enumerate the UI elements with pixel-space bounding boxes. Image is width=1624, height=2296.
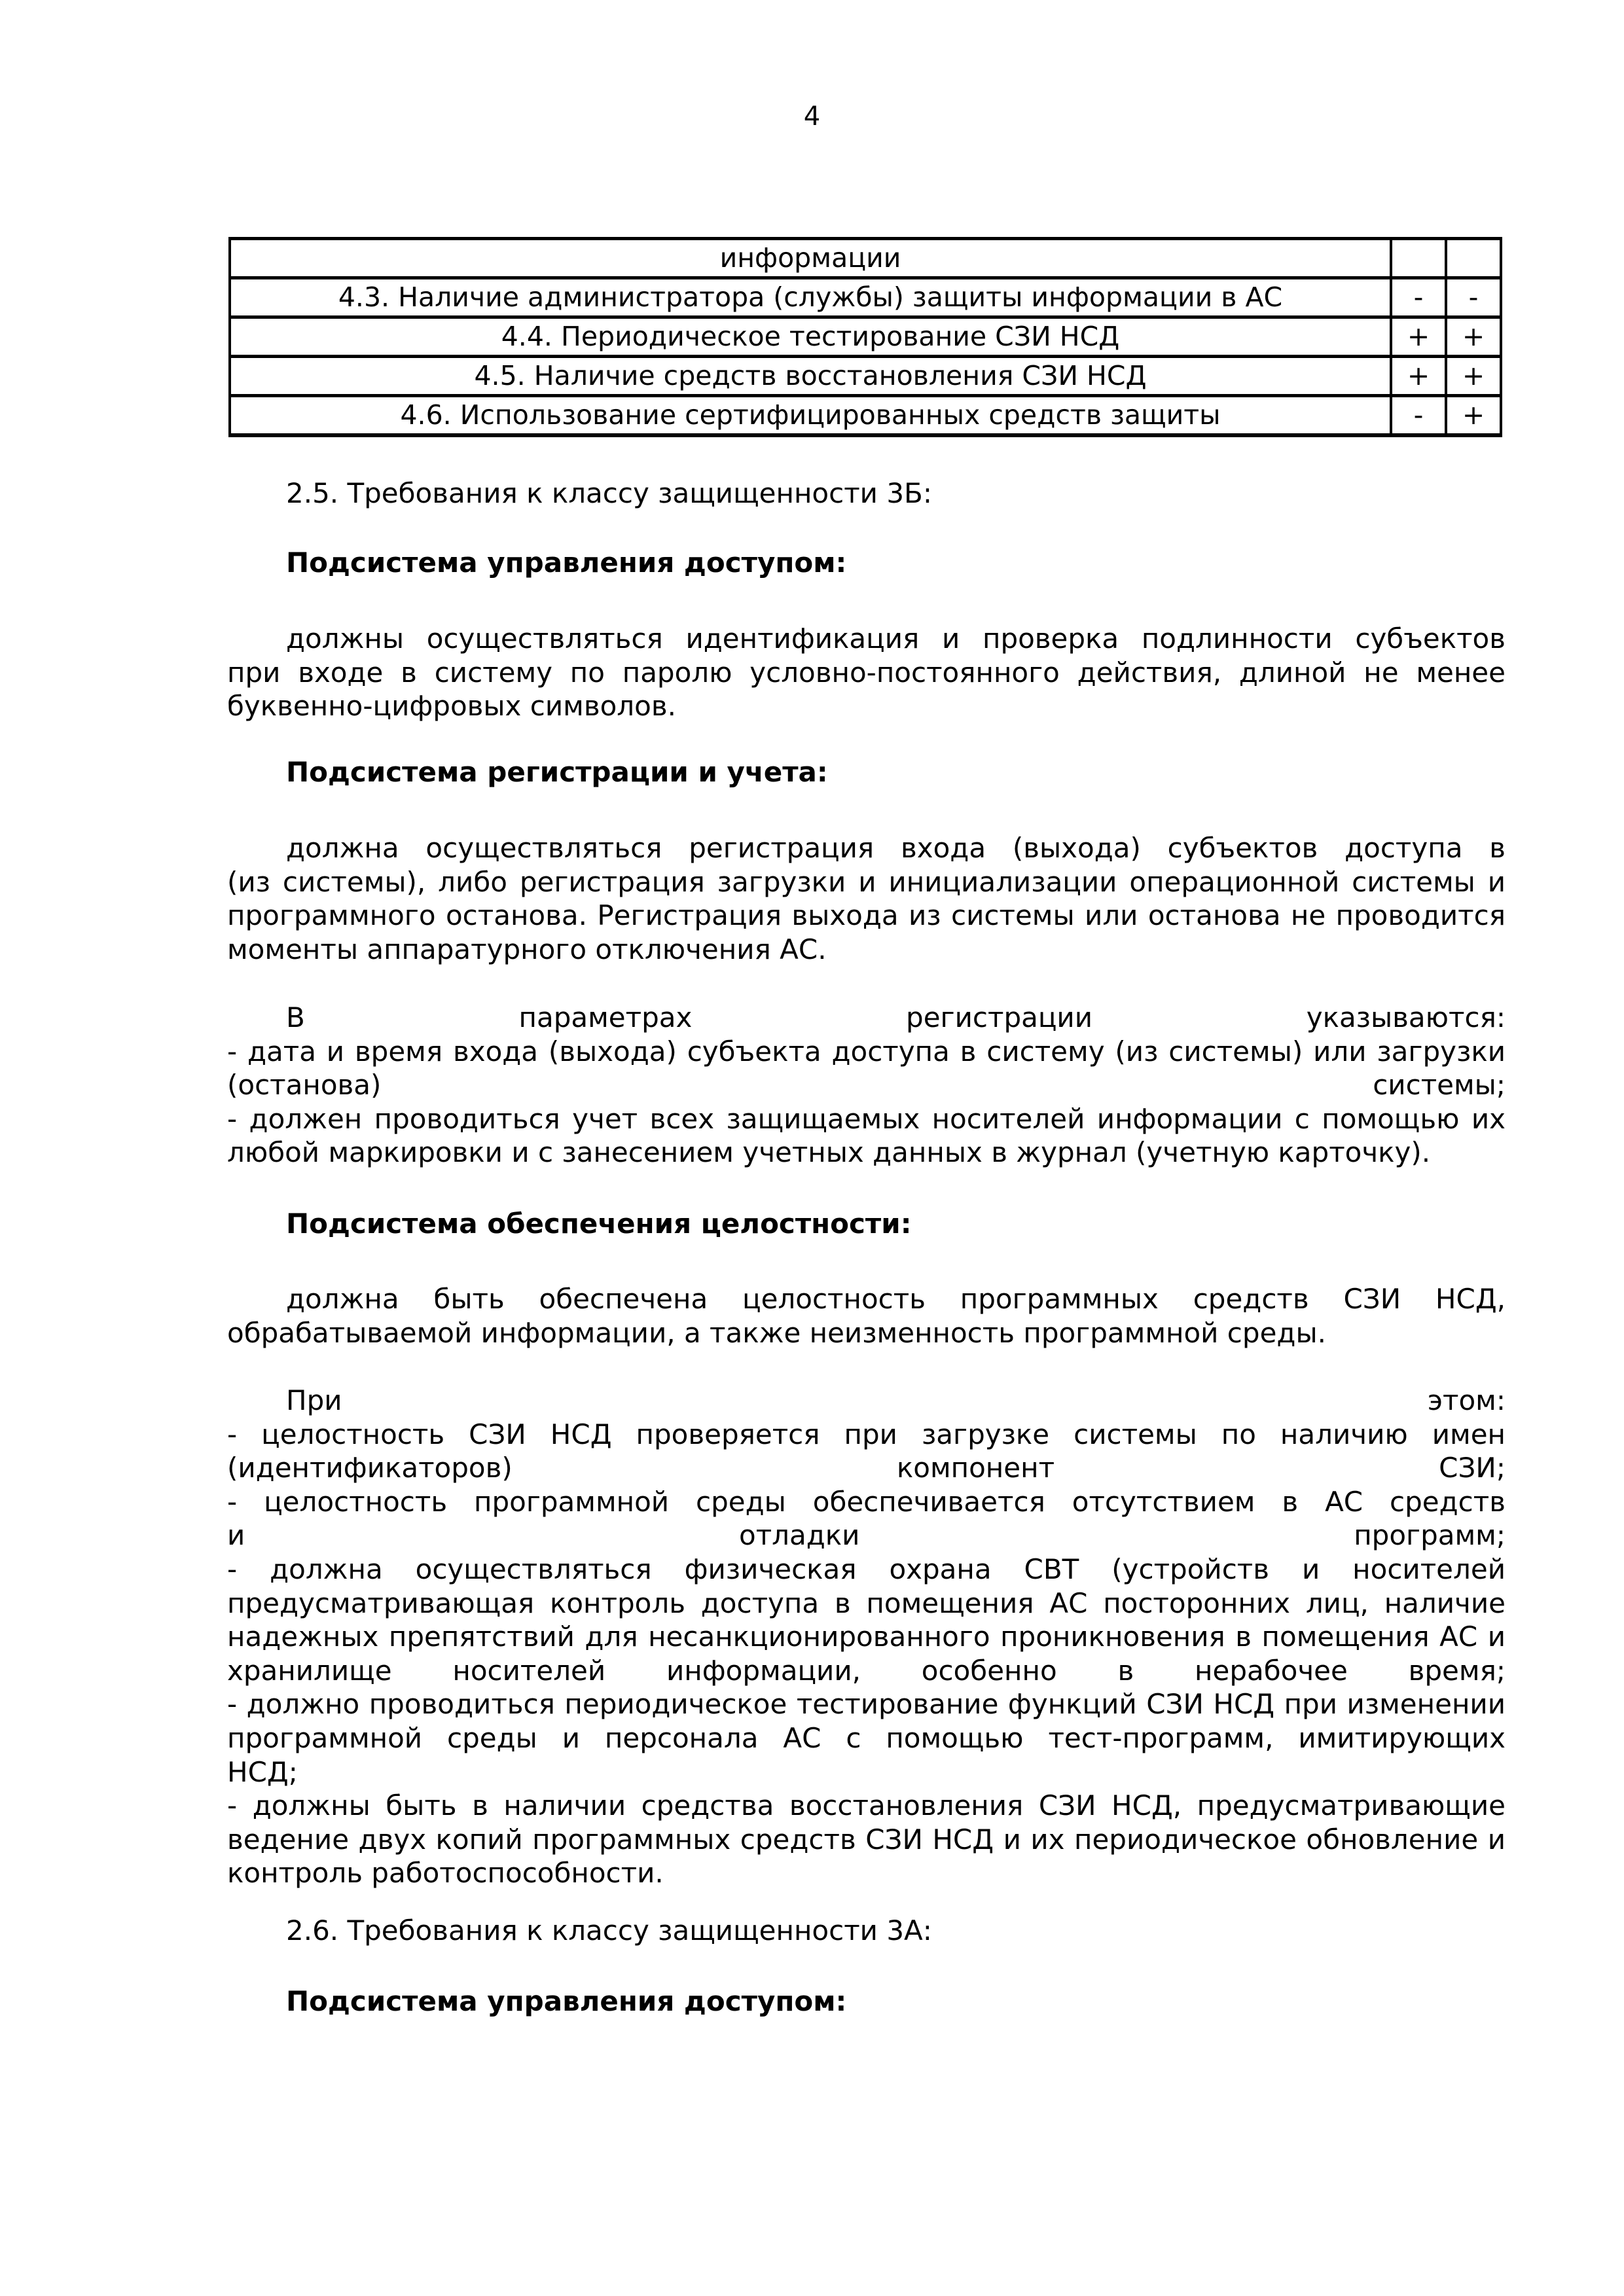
text-line: - должны быть в наличии средства восстан… [227, 1789, 1506, 1823]
text-line: - должна осуществляться физическая охран… [227, 1552, 1506, 1587]
class-mark-cell: + [1445, 355, 1502, 394]
paragraph-registration: должна осуществляться регистрация входа … [227, 831, 1506, 966]
text-line: При этом: [227, 1384, 1506, 1418]
subsystem-heading: Подсистема обеспечения целостности: [227, 1207, 1506, 1241]
section-title: 2.5. Требования к классу защищенности 3Б… [227, 476, 1506, 511]
paragraph-access-control: должны осуществляться идентификация и пр… [227, 622, 1506, 723]
text-line: контроль работоспособности. [227, 1856, 1506, 1890]
class-mark-cell: - [1445, 276, 1502, 315]
class-mark-cell: + [1390, 315, 1445, 355]
class-mark-cell [1390, 237, 1445, 276]
class-mark-cell: + [1445, 315, 1502, 355]
text-line: программной среды и персонала АС с помощ… [227, 1721, 1506, 1755]
subsystem-heading: Подсистема регистрации и учета: [227, 755, 1506, 789]
text-line: обрабатываемой информации, а также неизм… [227, 1316, 1506, 1350]
class-mark-cell: - [1390, 276, 1445, 315]
text-line: надежных препятствий для несанкционирова… [227, 1620, 1506, 1654]
text-line: программного останова. Регистрация выход… [227, 899, 1506, 933]
heading-access-control: Подсистема управления доступом: [227, 546, 1506, 580]
table-row: 4.6. Использование сертифицированных сре… [228, 394, 1502, 437]
text-line: НСД; [227, 1755, 1506, 1789]
text-line: при входе в систему по паролю условно-по… [227, 656, 1506, 690]
requirement-cell: 4.3. Наличие администратора (службы) защ… [228, 276, 1390, 315]
requirement-cell: 4.4. Периодическое тестирование СЗИ НСД [228, 315, 1390, 355]
text-line: ведение двух копий программных средств С… [227, 1823, 1506, 1857]
text-line: хранилище носителей информации, особенно… [227, 1654, 1506, 1688]
text-line: (идентификаторов) компонент СЗИ; [227, 1451, 1506, 1485]
text-line: должны осуществляться идентификация и пр… [227, 622, 1506, 656]
requirement-cell: 4.6. Использование сертифицированных сре… [228, 394, 1390, 437]
table-row: 4.4. Периодическое тестирование СЗИ НСД+… [228, 315, 1502, 355]
class-mark-cell: + [1445, 394, 1502, 437]
section-title: 2.6. Требования к классу защищенности 3А… [227, 1914, 1506, 1948]
text-line: и отладки программ; [227, 1518, 1506, 1552]
class-mark-cell: - [1390, 394, 1445, 437]
table-row: 4.3. Наличие администратора (службы) защ… [228, 276, 1502, 315]
subsystem-heading: Подсистема управления доступом: [227, 1984, 1506, 2018]
text-line: (останова) системы; [227, 1068, 1506, 1102]
heading-integrity: Подсистема обеспечения целостности: [227, 1207, 1506, 1241]
text-line: - дата и время входа (выхода) субъекта д… [227, 1035, 1506, 1069]
text-line: должна осуществляться регистрация входа … [227, 831, 1506, 865]
text-line: - целостность программной среды обеспечи… [227, 1485, 1506, 1519]
text-line: буквенно-цифровых символов. [227, 689, 1506, 723]
requirements-table: информации4.3. Наличие администратора (с… [228, 237, 1502, 437]
class-mark-cell [1445, 237, 1502, 276]
text-line: - должно проводиться периодическое тести… [227, 1687, 1506, 1721]
text-line: предусматривающая контроль доступа в пом… [227, 1587, 1506, 1621]
text-line: любой маркировки и с занесением учетных … [227, 1136, 1506, 1170]
text-line: должна быть обеспечена целостность прогр… [227, 1282, 1506, 1316]
paragraph-integrity: должна быть обеспечена целостность прогр… [227, 1282, 1506, 1350]
section-2-6-title-block: 2.6. Требования к классу защищенности 3А… [227, 1914, 1506, 1948]
text-line: (из системы), либо регистрация загрузки … [227, 865, 1506, 899]
heading-access-control-3a: Подсистема управления доступом: [227, 1984, 1506, 2018]
paragraph-registration-params: В параметрах регистрации указываются:- д… [227, 1001, 1506, 1170]
section-2-5-title-block: 2.5. Требования к классу защищенности 3Б… [227, 476, 1506, 511]
class-mark-cell: + [1390, 355, 1445, 394]
text-line: моменты аппаратурного отключения АС. [227, 933, 1506, 967]
text-line: - должен проводиться учет всех защищаемы… [227, 1102, 1506, 1136]
subsystem-heading: Подсистема управления доступом: [227, 546, 1506, 580]
text-line: - целостность СЗИ НСД проверяется при за… [227, 1418, 1506, 1452]
requirement-cell: 4.5. Наличие средств восстановления СЗИ … [228, 355, 1390, 394]
heading-registration: Подсистема регистрации и учета: [227, 755, 1506, 789]
table-row: 4.5. Наличие средств восстановления СЗИ … [228, 355, 1502, 394]
requirement-cell: информации [228, 237, 1390, 276]
text-line: В параметрах регистрации указываются: [227, 1001, 1506, 1035]
table-row: информации [228, 237, 1502, 276]
page-number: 4 [0, 99, 1624, 134]
paragraph-integrity-details: При этом:- целостность СЗИ НСД проверяет… [227, 1384, 1506, 1890]
